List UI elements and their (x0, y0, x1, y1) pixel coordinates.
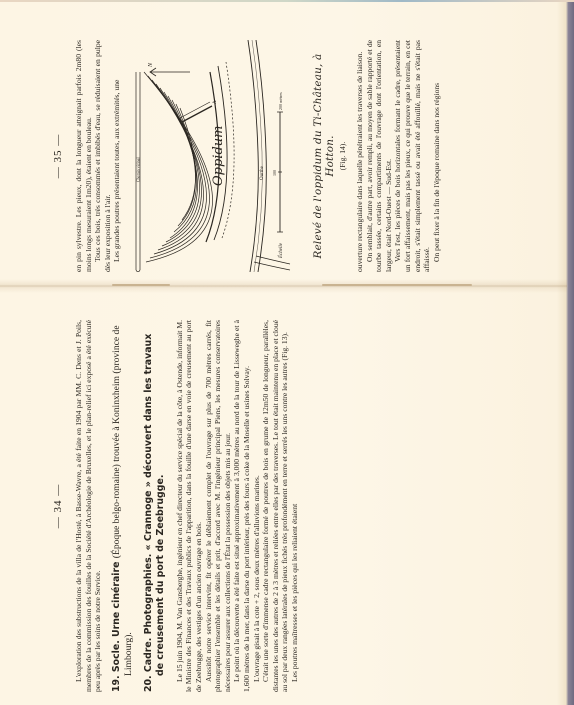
page-34: — 34 — L'exploration des substructions d… (52, 320, 482, 692)
paragraph: Le 15 juin 1904, M. Van Gansberghe, ingé… (175, 320, 204, 692)
figure-number: (Fig. 14). (338, 40, 347, 272)
page-number: — 35 — (52, 40, 64, 272)
scale-mid: 100 (272, 170, 277, 176)
oppidum-map-drawing: Chemin vicinal Oppidum Ourthe N A Échell… (130, 40, 308, 272)
section-title: Cadre. Photographies. « Crannoge » décou… (143, 334, 166, 676)
map-label-river: Ourthe (260, 165, 265, 180)
fold-crease-left (112, 284, 170, 286)
section-heading-20: 20. Cadre. Photographies. « Crannoge » d… (143, 320, 167, 692)
paragraph: Le point où la découverte a été faite es… (232, 320, 251, 692)
section-heading-19: 19. Socle. Urne cinéraire (Époque belgo-… (111, 320, 135, 692)
scale-end: 200 mètres (278, 92, 283, 110)
section-number: 19. (111, 675, 122, 692)
map-label-road: Chemin vicinal (136, 157, 141, 182)
paragraph: en pin sylvestre. Les pieux, dont la lon… (74, 40, 93, 272)
paragraph: Les poutres maîtresses et les pièces qui… (290, 320, 300, 692)
paragraph: C'était une sorte d'immense cadre rectan… (261, 320, 290, 692)
page-number: — 34 — (52, 320, 64, 692)
fold-crease-right (322, 284, 472, 286)
paragraph: L'exploration des substructions de la vi… (74, 320, 103, 692)
paragraph: L'ouvrage gisait à la cote + 2, sous deu… (252, 320, 262, 692)
paragraph: Aussitôt notre service intervint, fit op… (204, 320, 233, 692)
section-title: Socle. Urne cinéraire (111, 561, 122, 672)
paragraph: On peut fixer à la fin de l'époque romai… (432, 40, 442, 272)
map-label-point-a: A (213, 100, 218, 104)
paragraph: Les grandes poutres présentaient toutes,… (112, 40, 122, 272)
scan-top-edge (0, 0, 574, 2)
page-35: — 35 — en pin sylvestre. Les pieux, dont… (52, 40, 482, 272)
paragraph: ouverture rectangulaire dans laquelle pé… (355, 40, 365, 272)
map-label-oppidum: Oppidum (211, 126, 226, 186)
section-number: 20. (143, 675, 154, 692)
figure-caption: Relevé de l'oppidum du Ti-Château, à Hot… (312, 40, 336, 272)
scale-label: Échelle (278, 242, 284, 259)
oppidum-map-figure: Chemin vicinal Oppidum Ourthe N A Échell… (130, 40, 308, 272)
paragraph: On semblait, d'autre part, avoir rempli,… (365, 40, 394, 272)
paragraph: Tous ces bois, très consommés et imbibés… (93, 40, 112, 272)
book-fold (0, 279, 567, 293)
paragraph: Vers l'est, les pièces de bois horizonta… (393, 40, 431, 272)
map-label-north: N (148, 62, 154, 68)
